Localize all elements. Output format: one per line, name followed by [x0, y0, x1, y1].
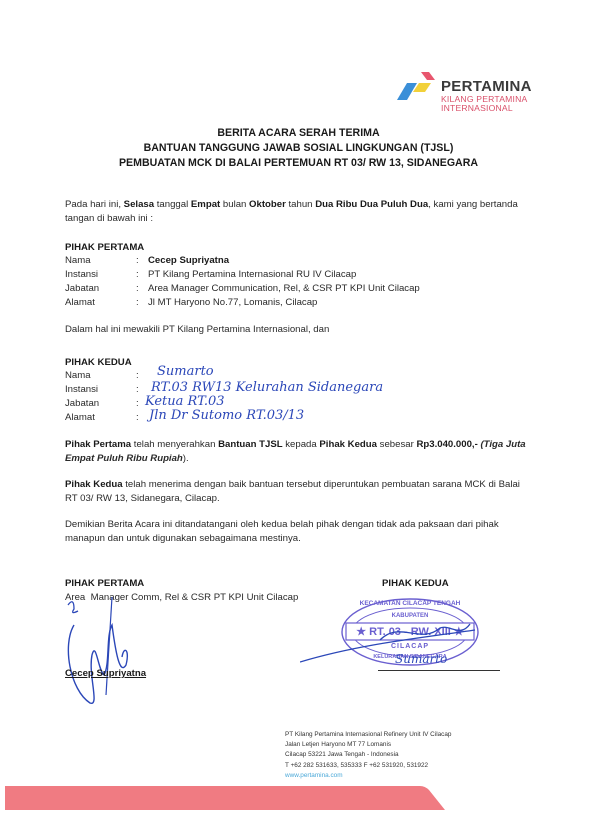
pertamina-logo-icon	[397, 72, 441, 106]
footer-company-name: PT Kilang Pertamina Internasional Refine…	[285, 730, 451, 740]
logo-subtitle-line2: INTERNASIONAL	[441, 104, 527, 113]
logo-subtitle: KILANG PERTAMINA INTERNASIONAL	[441, 95, 527, 113]
left-signatory-name: Cecep Supriyatna	[65, 668, 146, 679]
pertamina-logo: PERTAMINA KILANG PERTAMINA INTERNASIONAL	[397, 72, 597, 112]
signature-scribble-icon	[60, 595, 150, 715]
document-subtitle: BANTUAN TANGGUNG JAWAB SOSIAL LINGKUNGAN…	[0, 142, 597, 154]
stamp-top-text: KECAMATAN CILACAP TENGAH	[340, 600, 480, 607]
representing-statement: Dalam hal ini mewakili PT Kilang Pertami…	[65, 323, 535, 337]
footer-website-link[interactable]: www.pertamina.com	[285, 771, 451, 781]
document-subject: PEMBUATAN MCK DI BALAI PERTEMUAN RT 03/ …	[0, 157, 597, 169]
opening-paragraph: Pada hari ini, Selasa tanggal Empat bula…	[65, 198, 535, 226]
footer-phone-fax: T +62 282 531633, 535333 F +62 531920, 5…	[285, 761, 451, 771]
closing-paragraph: Demikian Berita Acara ini ditandatangani…	[65, 518, 535, 546]
signature-line	[378, 670, 500, 671]
footer-address-city: Cilacap 53221 Jawa Tengah - Indonesia	[285, 750, 451, 760]
right-signatory-handwritten-name: Sumarto	[395, 652, 447, 666]
receive-paragraph: Pihak Kedua telah menerima dengan baik b…	[65, 478, 535, 506]
footer-stripe	[5, 786, 445, 810]
footer-address-street: Jalan Letjen Haryono MT 77 Lomanis	[285, 740, 451, 750]
left-signature-heading: PIHAK PERTAMA	[65, 578, 144, 589]
company-footer: PT Kilang Pertamina Internasional Refine…	[285, 730, 451, 781]
pihak-pertama-heading: PIHAK PERTAMA	[65, 242, 144, 253]
transfer-paragraph: Pihak Pertama telah menyerahkan Bantuan …	[65, 438, 535, 466]
document-title: BERITA ACARA SERAH TERIMA	[0, 127, 597, 139]
pihak-kedua-heading: PIHAK KEDUA	[65, 357, 132, 368]
right-signature-heading: PIHAK KEDUA	[382, 578, 449, 589]
logo-brand-text: PERTAMINA	[441, 78, 532, 95]
